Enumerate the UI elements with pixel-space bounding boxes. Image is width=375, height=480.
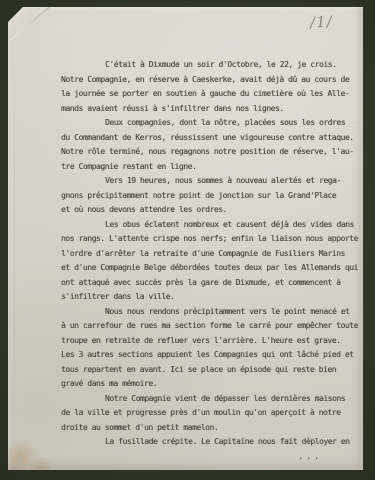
vertical-crease [14, 57, 15, 447]
page-number-annotation: /1/ [310, 12, 334, 31]
typewritten-text: C'était à Dixmude un soir d'Octobre, le … [61, 58, 363, 450]
document-page: /1/ C'était à Dixmude un soir d'Octobre,… [8, 7, 363, 470]
paragraph: Nous nous rendons précipitamment vers le… [61, 305, 363, 392]
paragraph: Les obus éclatent nombreux et causent dé… [61, 218, 363, 305]
paragraph: Notre Compagnie vient de dépasser les de… [61, 392, 363, 436]
paragraph: La fusillade crépite. Le Capitaine nous … [61, 435, 363, 450]
paragraph: Deux compagnies, dont la nôtre, placées … [61, 116, 363, 174]
paragraph: Vers 19 heures, nous sommes à nouveau al… [61, 174, 363, 218]
scan-background: /1/ C'était à Dixmude un soir d'Octobre,… [0, 0, 375, 480]
ellipsis-mark: ... [298, 452, 322, 462]
paragraph: C'était à Dixmude un soir d'Octobre, le … [61, 58, 363, 116]
